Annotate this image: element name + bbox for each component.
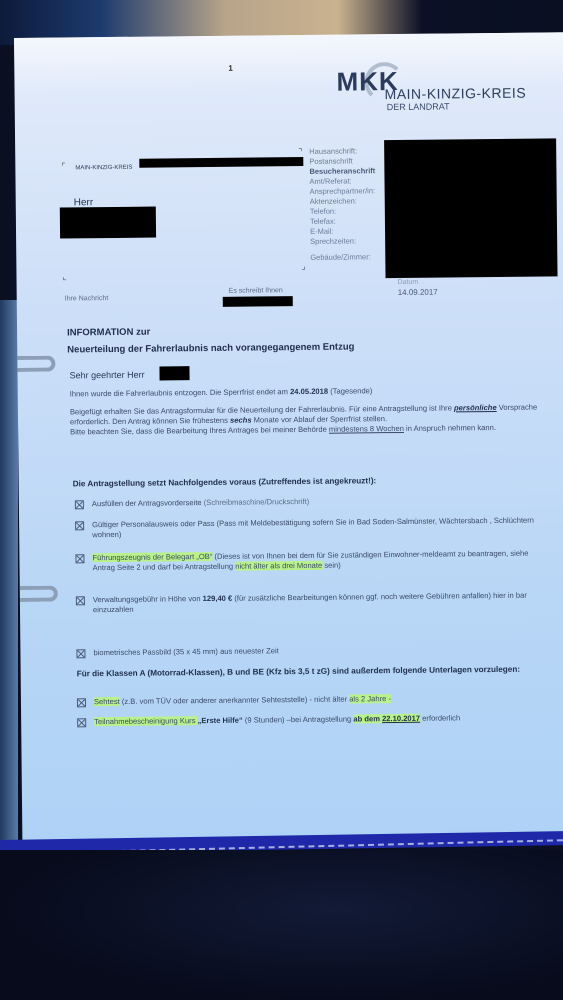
letter-page: 1 MKK MAIN-KINZIG-KREIS DER LANDRAT ⌜ MA… bbox=[14, 32, 563, 850]
requirement-item: Ausfüllen der Antragsvorderseite (Schrei… bbox=[75, 495, 535, 510]
class-requirement-item: Sehtest (z.B. vom TÜV oder anderer anerk… bbox=[77, 693, 537, 708]
requirement-item: Führungszeugnis der Belegart „OB“ (Diese… bbox=[75, 549, 535, 574]
checked-box-icon bbox=[75, 554, 84, 563]
redacted-writer-name bbox=[223, 296, 293, 307]
info-label-room: Gebäude/Zimmer: bbox=[310, 252, 376, 263]
address-corner-mark-icon: ⌞ bbox=[62, 271, 66, 282]
checked-box-icon bbox=[76, 649, 85, 658]
checked-box-icon bbox=[77, 698, 86, 707]
heading-line-2: Neuerteilung der Fahrerlaubnis nach vora… bbox=[67, 341, 354, 355]
background-fabric bbox=[0, 850, 563, 1000]
redacted-recipient-name bbox=[159, 366, 189, 380]
redacted-recipient-address bbox=[60, 207, 156, 239]
sender-line: MAIN-KINZIG-KREIS bbox=[75, 165, 132, 172]
highlighted-text: Führungszeugnis der Belegart „OB“ bbox=[92, 552, 212, 562]
checked-box-icon bbox=[75, 521, 84, 530]
binder-ring-icon bbox=[17, 356, 55, 372]
redacted-contact-details bbox=[384, 138, 557, 278]
redacted-sender-address bbox=[139, 157, 303, 168]
info-label: Hausanschrift: bbox=[309, 146, 375, 157]
checked-box-icon bbox=[77, 718, 86, 727]
class-requirement-item: Teilnahmebescheinigung Kurs „Erste Hilfe… bbox=[77, 713, 537, 728]
info-label: E-Mail: bbox=[310, 226, 376, 237]
application-paragraph: Beigefügt erhalten Sie das Antragsformul… bbox=[70, 403, 540, 438]
contact-info-labels: Hausanschrift: Postanschrift Besucherans… bbox=[309, 146, 376, 263]
greeting: Sehr geehrter Herr bbox=[69, 370, 144, 381]
writer-label: Es schreibt Ihnen bbox=[229, 287, 283, 295]
classes-heading: Für die Klassen A (Motorrad-Klassen), B … bbox=[77, 663, 547, 679]
info-label: Aktenzeichen: bbox=[310, 196, 376, 207]
binder-ring-icon bbox=[20, 586, 58, 602]
date-label: Datum bbox=[398, 279, 419, 286]
heading-line-1: INFORMATION zur bbox=[67, 327, 150, 339]
highlighted-text: Teilnahmebescheinigung Kurs bbox=[94, 716, 198, 726]
sperrfrist-end-date: 24.05.2018 bbox=[290, 387, 328, 396]
first-aid-date: 22.10.2017 bbox=[382, 714, 420, 723]
highlighted-text: Sehtest bbox=[94, 697, 120, 706]
info-label: Postanschrift bbox=[309, 156, 375, 167]
requirement-item: Gültiger Personalausweis oder Pass (Pass… bbox=[75, 516, 535, 541]
checked-box-icon bbox=[75, 500, 84, 509]
info-label: Telefax: bbox=[310, 216, 376, 227]
fee-amount: 129,40 € bbox=[203, 594, 233, 603]
info-corner-mark-icon: ⌟ bbox=[301, 261, 305, 272]
info-label: Amt/Referat: bbox=[309, 176, 375, 187]
info-label: Ansprechpartner/in: bbox=[310, 186, 376, 197]
date-value: 14.09.2017 bbox=[398, 288, 438, 297]
info-label: Sprechzeiten: bbox=[310, 236, 376, 247]
checked-box-icon bbox=[76, 596, 85, 605]
your-message-label: Ihre Nachricht bbox=[65, 295, 109, 302]
highlighted-text: nicht älter als drei Monate bbox=[235, 561, 322, 571]
binder-spine bbox=[0, 300, 18, 850]
info-label: Besucheranschrift bbox=[309, 166, 375, 177]
info-label: Telefon: bbox=[310, 206, 376, 217]
requirements-heading: Die Antragstellung setzt Nachfolgendes v… bbox=[73, 476, 377, 488]
intro-paragraph: Ihnen wurde die Fahrerlaubnis entzogen. … bbox=[70, 385, 540, 400]
highlighted-text: als 2 Jahre - bbox=[349, 694, 391, 703]
requirement-item: biometrisches Passbild (35 x 45 mm) aus … bbox=[76, 644, 536, 659]
page-number: 1 bbox=[228, 64, 233, 73]
requirement-item: Verwaltungsgebühr in Höhe von 129,40 € (… bbox=[76, 591, 536, 616]
info-corner-mark-icon: ⌝ bbox=[298, 147, 302, 158]
logo-name: MAIN-KINZIG-KREIS bbox=[385, 85, 527, 102]
logo-subtitle: DER LANDRAT bbox=[387, 101, 450, 112]
address-corner-mark-icon: ⌜ bbox=[61, 161, 65, 172]
